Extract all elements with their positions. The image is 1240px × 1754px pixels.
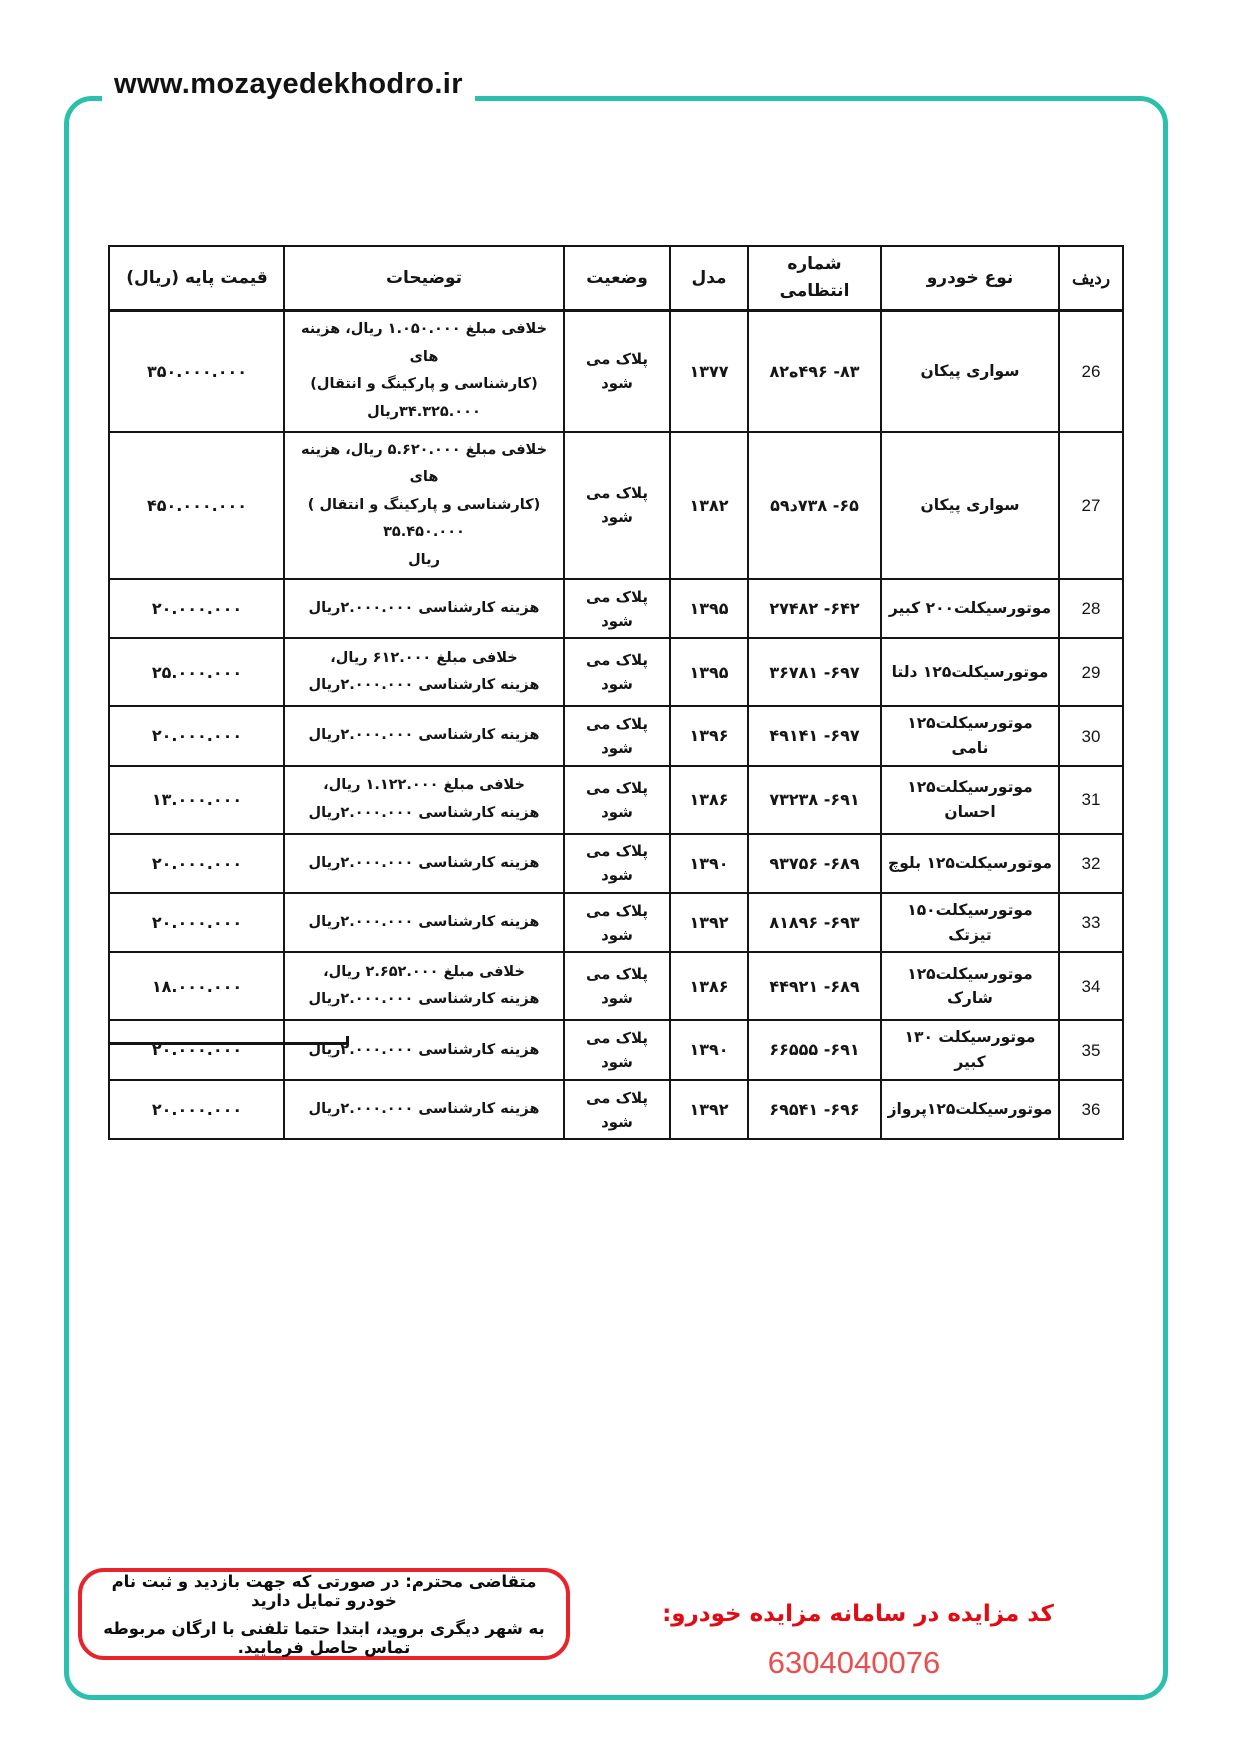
cell-status: پلاک می شود	[563, 767, 669, 833]
table-row: 30 موتورسیکلت۱۲۵ نامی ۶۹۷- ۴۹۱۴۱ ۱۳۹۶ پل…	[110, 707, 1122, 767]
cell-vehicle-type: موتورسیکلت۱۲۵ نامی	[880, 707, 1058, 765]
table-body: 26 سواری پیکان ۸۳- ۴۹۶ه۸۲ ۱۳۷۷ پلاک می ش…	[110, 312, 1122, 1138]
cell-plate-number: ۶۹۱- ۷۳۲۳۸	[747, 767, 880, 833]
cell-vehicle-type: موتورسیکلت۱۵۰ تیزتک	[880, 894, 1058, 952]
header-vehicle-type: نوع خودرو	[880, 247, 1058, 309]
cell-plate-number: ۶۹۶- ۶۹۵۴۱	[747, 1081, 880, 1138]
cell-base-price: ۲۰.۰۰۰.۰۰۰	[111, 894, 283, 952]
auction-vehicles-table: ردیف نوع خودرو شماره انتظامی مدل وضعیت ت…	[108, 245, 1124, 1140]
cell-model-year: ۱۳۹۵	[669, 639, 747, 705]
cell-description: هزینه کارشناسی ۲.۰۰۰.۰۰۰ریال	[283, 1081, 563, 1138]
cell-vehicle-type: موتورسیکلت۱۲۵ دلتا	[880, 639, 1058, 705]
table-header-row: ردیف نوع خودرو شماره انتظامی مدل وضعیت ت…	[110, 247, 1122, 312]
cell-status: پلاک می شود	[563, 312, 669, 430]
cell-description: هزینه کارشناسی ۲.۰۰۰.۰۰۰ریال	[283, 580, 563, 637]
cell-base-price: ۴۵۰.۰۰۰.۰۰۰	[111, 433, 283, 579]
cell-description: خلافی مبلغ ۵.۶۲۰.۰۰۰ ریال، هزینه های(کار…	[283, 433, 563, 579]
cell-model-year: ۱۳۸۶	[669, 953, 747, 1019]
cell-radif: 35	[1058, 1021, 1122, 1079]
cell-plate-number: ۶۹۷- ۳۶۷۸۱	[747, 639, 880, 705]
cell-vehicle-type: موتورسیکلت ۱۳۰ کبیر	[880, 1021, 1058, 1079]
cell-description: هزینه کارشناسی ۲.۰۰۰.۰۰۰ریال	[283, 1021, 563, 1079]
table-row: 32 موتورسیکلت۱۲۵ بلوچ ۶۸۹- ۹۳۷۵۶ ۱۳۹۰ پل…	[110, 835, 1122, 894]
cell-status: پلاک می شود	[563, 894, 669, 952]
cell-plate-number: ۶۴۲- ۲۷۴۸۲	[747, 580, 880, 637]
notice-line-1: متقاضی محترم: در صورتی که جهت بازدید و ث…	[94, 1572, 554, 1610]
cell-description: هزینه کارشناسی ۲.۰۰۰.۰۰۰ریال	[283, 894, 563, 952]
cell-base-price: ۲۰.۰۰۰.۰۰۰	[111, 835, 283, 892]
site-url: www.mozayedekhodro.ir	[102, 68, 475, 101]
cell-vehicle-type: سواری پیکان	[880, 312, 1058, 430]
cell-plate-number: ۶۸۹- ۹۳۷۵۶	[747, 835, 880, 892]
cell-model-year: ۱۳۹۲	[669, 894, 747, 952]
cell-radif: 32	[1058, 835, 1122, 892]
cell-radif: 34	[1058, 953, 1122, 1019]
cell-base-price: ۲۰.۰۰۰.۰۰۰	[111, 1021, 283, 1079]
cell-radif: 26	[1058, 312, 1122, 430]
header-base-price: قیمت پایه (ریال)	[111, 247, 283, 309]
cell-model-year: ۱۳۹۵	[669, 580, 747, 637]
table-row: 36 موتورسیکلت۱۲۵پرواز ۶۹۶- ۶۹۵۴۱ ۱۳۹۲ پل…	[110, 1081, 1122, 1138]
cell-radif: 33	[1058, 894, 1122, 952]
cell-vehicle-type: موتورسیکلت۱۲۵ شارک	[880, 953, 1058, 1019]
table-row: 33 موتورسیکلت۱۵۰ تیزتک ۶۹۳- ۸۱۸۹۶ ۱۳۹۲ پ…	[110, 894, 1122, 954]
cell-description: خلافی مبلغ ۱.۱۲۲.۰۰۰ ریال،هزینه کارشناسی…	[283, 767, 563, 833]
cell-model-year: ۱۳۸۶	[669, 767, 747, 833]
header-model-year: مدل	[669, 247, 747, 309]
notice-line-2: به شهر دیگری بروید، ابتدا حتما تلفنی با …	[94, 1619, 554, 1657]
cell-plate-number: ۶۹۷- ۴۹۱۴۱	[747, 707, 880, 765]
cell-status: پلاک می شود	[563, 639, 669, 705]
table-row: 28 موتورسیکلت۲۰۰ کبیر ۶۴۲- ۲۷۴۸۲ ۱۳۹۵ پل…	[110, 580, 1122, 639]
cell-status: پلاک می شود	[563, 835, 669, 892]
cell-plate-number: ۶۹۳- ۸۱۸۹۶	[747, 894, 880, 952]
cell-base-price: ۲۰.۰۰۰.۰۰۰	[111, 580, 283, 637]
auction-code-label: کد مزایده در سامانه مزایده خودرو:	[662, 1601, 1054, 1627]
cell-status: پلاک می شود	[563, 707, 669, 765]
cell-vehicle-type: موتورسیکلت۱۲۵ بلوچ	[880, 835, 1058, 892]
header-plate-number: شماره انتظامی	[747, 247, 880, 309]
cell-description: خلافی مبلغ ۲.۶۵۲.۰۰۰ ریال،هزینه کارشناسی…	[283, 953, 563, 1019]
cell-base-price: ۲۵.۰۰۰.۰۰۰	[111, 639, 283, 705]
cell-base-price: ۲۰.۰۰۰.۰۰۰	[111, 1081, 283, 1138]
header-radif: ردیف	[1058, 247, 1122, 309]
cell-base-price: ۲۰.۰۰۰.۰۰۰	[111, 707, 283, 765]
cell-model-year: ۱۳۹۰	[669, 835, 747, 892]
cell-status: پلاک می شود	[563, 1081, 669, 1138]
cell-vehicle-type: موتورسیکلت۱۲۵پرواز	[880, 1081, 1058, 1138]
cell-base-price: ۱۳.۰۰۰.۰۰۰	[111, 767, 283, 833]
cell-status: پلاک می شود	[563, 433, 669, 579]
document-page: { "site": { "url": "www.mozayedekhodro.i…	[0, 0, 1240, 1754]
table-row: 34 موتورسیکلت۱۲۵ شارک ۶۸۹- ۴۴۹۲۱ ۱۳۸۶ پل…	[110, 953, 1122, 1021]
table-row: 27 سواری پیکان ۶۵- ۷۳۸د۵۹ ۱۳۸۲ پلاک می ش…	[110, 433, 1122, 581]
cell-model-year: ۱۳۷۷	[669, 312, 747, 430]
cell-model-year: ۱۳۹۰	[669, 1021, 747, 1079]
table-row: 26 سواری پیکان ۸۳- ۴۹۶ه۸۲ ۱۳۷۷ پلاک می ش…	[110, 312, 1122, 432]
auction-code-line: کد مزایده در سامانه مزایده خودرو: 630404…	[598, 1594, 1118, 1691]
cell-description: هزینه کارشناسی ۲.۰۰۰.۰۰۰ریال	[283, 707, 563, 765]
cell-radif: 30	[1058, 707, 1122, 765]
cell-status: پلاک می شود	[563, 580, 669, 637]
cell-model-year: ۱۳۸۲	[669, 433, 747, 579]
table-continuation-line	[108, 1042, 348, 1045]
cell-radif: 31	[1058, 767, 1122, 833]
cell-radif: 28	[1058, 580, 1122, 637]
table-row: 31 موتورسیکلت۱۲۵ احسان ۶۹۱- ۷۳۲۳۸ ۱۳۸۶ پ…	[110, 767, 1122, 835]
header-status: وضعیت	[563, 247, 669, 309]
cell-base-price: ۱۸.۰۰۰.۰۰۰	[111, 953, 283, 1019]
cell-plate-number: ۶۵- ۷۳۸د۵۹	[747, 433, 880, 579]
cell-plate-number: ۸۳- ۴۹۶ه۸۲	[747, 312, 880, 430]
cell-model-year: ۱۳۹۲	[669, 1081, 747, 1138]
cell-vehicle-type: سواری پیکان	[880, 433, 1058, 579]
cell-vehicle-type: موتورسیکلت۱۲۵ احسان	[880, 767, 1058, 833]
cell-radif: 36	[1058, 1081, 1122, 1138]
cell-radif: 27	[1058, 433, 1122, 579]
cell-plate-number: ۶۸۹- ۴۴۹۲۱	[747, 953, 880, 1019]
cell-description: هزینه کارشناسی ۲.۰۰۰.۰۰۰ریال	[283, 835, 563, 892]
table-row: 35 موتورسیکلت ۱۳۰ کبیر ۶۹۱- ۶۶۵۵۵ ۱۳۹۰ پ…	[110, 1021, 1122, 1081]
cell-status: پلاک می شود	[563, 953, 669, 1019]
cell-model-year: ۱۳۹۶	[669, 707, 747, 765]
cell-vehicle-type: موتورسیکلت۲۰۰ کبیر	[880, 580, 1058, 637]
header-description: توضیحات	[283, 247, 563, 309]
cell-plate-number: ۶۹۱- ۶۶۵۵۵	[747, 1021, 880, 1079]
cell-status: پلاک می شود	[563, 1021, 669, 1079]
cell-description: خلافی مبلغ ۶۱۲.۰۰۰ ریال،هزینه کارشناسی ۲…	[283, 639, 563, 705]
notice-box: متقاضی محترم: در صورتی که جهت بازدید و ث…	[78, 1568, 570, 1660]
cell-description: خلافی مبلغ ۱.۰۵۰.۰۰۰ ریال، هزینه های(کار…	[283, 312, 563, 430]
table-row: 29 موتورسیکلت۱۲۵ دلتا ۶۹۷- ۳۶۷۸۱ ۱۳۹۵ پل…	[110, 639, 1122, 707]
cell-base-price: ۳۵۰.۰۰۰.۰۰۰	[111, 312, 283, 430]
table-continuation-stub	[346, 1036, 349, 1045]
auction-code-number: 6304040076	[768, 1645, 940, 1680]
cell-radif: 29	[1058, 639, 1122, 705]
